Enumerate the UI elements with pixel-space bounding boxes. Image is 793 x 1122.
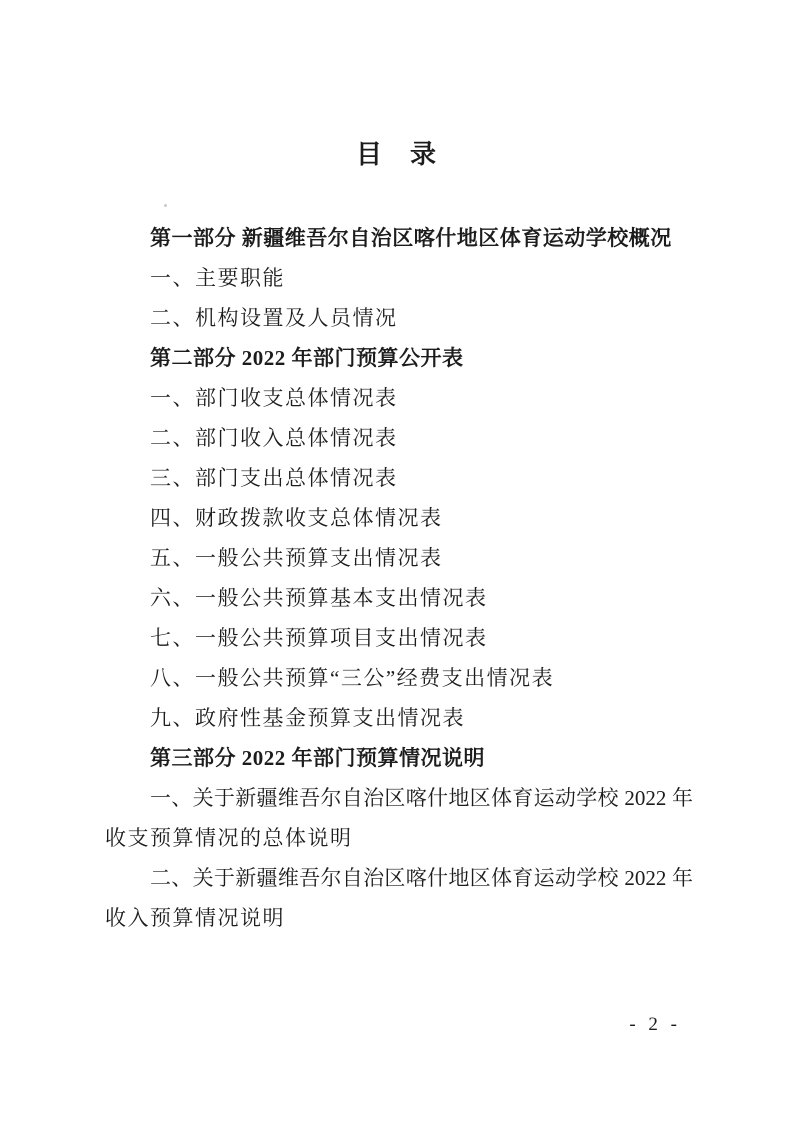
scan-speckle [164,204,167,207]
toc-part-heading-2: 第二部分 2022 年部门预算公开表 [105,338,693,378]
toc-item: 七、一般公共预算项目支出情况表 [105,618,693,658]
toc-item: 八、一般公共预算“三公”经费支出情况表 [105,658,693,698]
toc-item-wrap-line: 一、关于新疆维吾尔自治区喀什地区体育运动学校 2022 年 [105,778,693,818]
toc-item: 二、部门收入总体情况表 [105,418,693,458]
toc-item: 一、主要职能 [105,258,693,298]
toc-part-heading-3: 第三部分 2022 年部门预算情况说明 [105,738,693,778]
toc-item: 三、部门支出总体情况表 [105,458,693,498]
toc-part-heading-1: 第一部分 新疆维吾尔自治区喀什地区体育运动学校概况 [105,218,693,258]
toc-item: 一、部门收支总体情况表 [105,378,693,418]
toc-item-wrap-line: 收入预算情况说明 [105,898,693,938]
toc-item: 九、政府性基金预算支出情况表 [105,698,693,738]
page-number: - 2 - [629,1010,681,1040]
toc-item-wrap-line: 收支预算情况的总体说明 [105,818,693,858]
toc-item: 六、一般公共预算基本支出情况表 [105,578,693,618]
table-of-contents: 第一部分 新疆维吾尔自治区喀什地区体育运动学校概况 一、主要职能 二、机构设置及… [105,218,693,938]
toc-item: 二、机构设置及人员情况 [105,298,693,338]
toc-item: 五、一般公共预算支出情况表 [105,538,693,578]
toc-item: 四、财政拨款收支总体情况表 [105,498,693,538]
toc-item-wrap-line: 二、关于新疆维吾尔自治区喀什地区体育运动学校 2022 年 [105,858,693,898]
page-title: 目 录 [0,136,793,174]
document-page: 目 录 第一部分 新疆维吾尔自治区喀什地区体育运动学校概况 一、主要职能 二、机… [0,0,793,1122]
